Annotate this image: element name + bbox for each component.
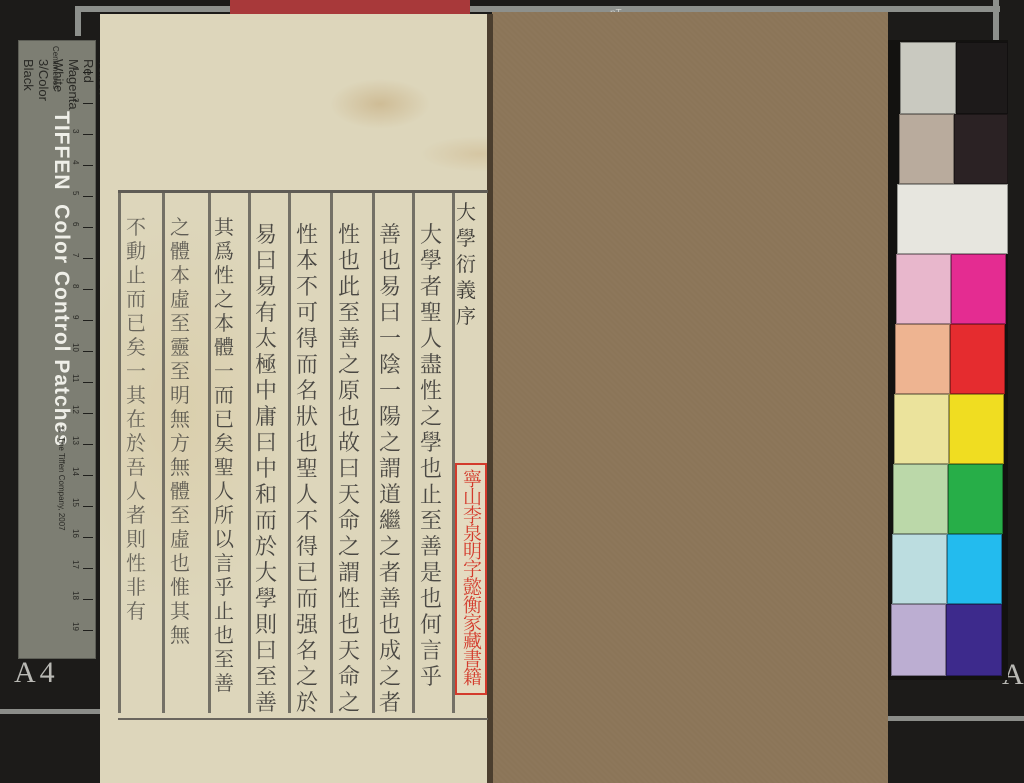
- color-patch-red: [950, 324, 1005, 394]
- color-patch-magenta: [951, 254, 1006, 324]
- color-patch-light-cyan: [892, 534, 947, 604]
- ruler-brand-text: TIFFEN Color Control Patches: [49, 111, 73, 447]
- cm-number: 7: [71, 253, 80, 257]
- cm-number: 14: [71, 467, 80, 476]
- cm-number: 9: [71, 315, 80, 319]
- seal-text: 寧山李泉明字懿衡家藏書籍: [459, 469, 483, 685]
- cm-number: 1: [71, 67, 80, 71]
- color-patch-light-red: [895, 324, 950, 394]
- cm-number: 4: [71, 160, 80, 164]
- cm-number: 5: [71, 191, 80, 195]
- color-patch-warm-gray: [899, 114, 954, 184]
- color-patch-yellow: [949, 394, 1004, 464]
- mat-line-bottom-left: [0, 709, 100, 714]
- text-column: 不動止而已矣一其在於吾人者則性非有: [126, 215, 156, 623]
- color-patch-white: [897, 184, 1008, 254]
- ruler-product-name: Color Control Patches: [50, 204, 73, 447]
- color-patch-cyan: [947, 534, 1002, 604]
- text-column-title: 大學衍義序: [456, 199, 484, 329]
- size-label-a4: A4: [14, 656, 59, 690]
- color-patch-light-magenta: [896, 254, 951, 324]
- cm-number: 11: [71, 374, 80, 382]
- text-column: 其爲性之本體一而已矣聖人所以言乎止也至善: [214, 215, 244, 695]
- mat-line-bottom-right: [888, 716, 1024, 721]
- text-column: 大學者聖人盡性之學也止至善是也何言乎: [420, 223, 450, 691]
- ruler-scale: [83, 41, 95, 658]
- ruler-cm-label: Centimetres: [51, 46, 60, 89]
- cm-number: 13: [71, 436, 80, 445]
- cm-number: 2: [71, 98, 80, 102]
- color-patch-dark-brown: [954, 114, 1008, 184]
- text-column: 性本不可得而名狀也聖人不得已而强名之於: [296, 223, 326, 717]
- book-right-page-cover: [492, 12, 888, 783]
- cm-number: 18: [71, 591, 80, 600]
- color-patch-light-gray: [900, 42, 956, 114]
- printed-text-block: 大學衍義序 大學者聖人盡性之學也止至善是也何言乎 善也易曰一陰一陽之謂道繼之者善…: [118, 190, 488, 720]
- red-ownership-seal: 寧山李泉明字懿衡家藏書籍: [455, 463, 487, 695]
- text-column: 之體本虛至靈至明無方無體至虛也惟其無: [170, 215, 200, 647]
- color-patch-green: [948, 464, 1003, 534]
- cm-number: 12: [71, 405, 80, 414]
- ruler-brand-name: TIFFEN: [50, 111, 73, 191]
- cm-number: 10: [71, 343, 80, 352]
- color-patch-light-blue: [891, 604, 946, 676]
- color-patch-blue: [946, 604, 1002, 676]
- cm-number: 16: [71, 529, 80, 538]
- cm-number: 15: [71, 498, 80, 507]
- text-column: 善也易曰一陰一陽之謂道繼之者善也成之者: [379, 223, 409, 717]
- color-calibration-chart: [888, 40, 1008, 680]
- ruler-label-black: Black: [21, 59, 36, 659]
- cm-number: 17: [71, 560, 80, 569]
- text-column: 易曰易有太極中庸曰中和而於大學則曰至善: [255, 223, 285, 717]
- color-patch-black: [956, 42, 1008, 114]
- cm-number: 19: [71, 622, 80, 631]
- color-patch-light-yellow: [894, 394, 949, 464]
- cm-number: 3: [71, 129, 80, 133]
- cm-number: 8: [71, 284, 80, 288]
- mat-frame-line-left: [75, 6, 81, 36]
- tiffen-ruler: Blue Cyan Green Yellow Red Magenta White…: [18, 40, 96, 659]
- color-patch-light-green: [893, 464, 948, 534]
- ruler-copyright: © The Tiffen Company, 2007: [57, 426, 66, 531]
- text-column: 性也此至善之原也故曰天命之謂性也天命之: [338, 223, 368, 717]
- mat-frame-line-right: [993, 0, 999, 40]
- cm-number: 6: [71, 222, 80, 226]
